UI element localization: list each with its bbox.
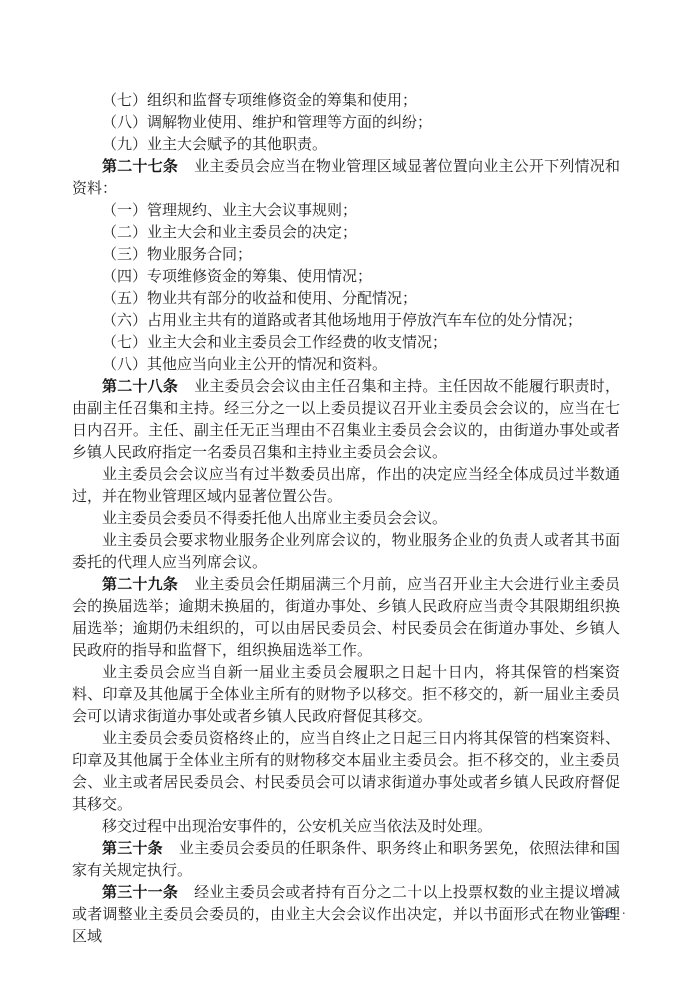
paragraph-text: 业主委员会委员资格终止的，应当自终止之日起三日内将其保管的档案资料、印章及其他属… — [72, 731, 620, 813]
paragraph-text: （六）占用业主共有的道路或者其他场地用于停放汽车车位的处分情况； — [102, 313, 582, 329]
paragraph-text: （八）调解物业使用、维护和管理等方面的纠纷； — [102, 115, 432, 131]
article-paragraph: 第二十七条业主委员会应当在物业管理区域显著位置向业主公开下列情况和资料： — [72, 156, 620, 200]
body-paragraph: 业主委员会要求物业服务企业列席会议的，物业服务企业的负责人或者其书面委托的代理人… — [72, 530, 620, 574]
paragraph-text: 业主委员会要求物业服务企业列席会议的，物业服务企业的负责人或者其书面委托的代理人… — [72, 533, 620, 571]
article-number: 第二十八条 — [102, 378, 178, 395]
paragraph-text: （一）管理规约、业主大会议事规则； — [102, 203, 357, 219]
paragraph-text: （七）组织和监督专项维修资金的筹集和使用； — [102, 93, 417, 109]
clause-item: （四）专项维修资金的筹集、使用情况； — [72, 266, 620, 288]
clause-item: （八）调解物业使用、维护和管理等方面的纠纷； — [72, 112, 620, 134]
body-paragraph: 业主委员会委员不得委托他人出席业主委员会会议。 — [72, 508, 620, 530]
article-paragraph: 第三十一条经业主委员会或者持有百分之二十以上投票权数的业主提议增减或者调整业主委… — [72, 882, 620, 948]
article-paragraph: 第二十八条业主委员会会议由主任召集和主持。主任因故不能履行职责时，由副主任召集和… — [72, 376, 620, 464]
article-paragraph: 第二十九条业主委员会任期届满三个月前，应当召开业主大会进行业主委员会的换届选举；… — [72, 574, 620, 662]
article-number: 第二十七条 — [102, 158, 178, 175]
paragraph-text: 业主委员会委员不得委托他人出席业主委员会会议。 — [102, 511, 447, 527]
clause-item: （九）业主大会赋予的其他职责。 — [72, 134, 620, 156]
body-paragraph: 移交过程中出现治安事件的，公安机关应当依法及时处理。 — [72, 816, 620, 838]
body-paragraph: 业主委员会会议应当有过半数委员出席，作出的决定应当经全体成员过半数通过，并在物业… — [72, 464, 620, 508]
body-paragraph: 业主委员会应当自新一届业主委员会履职之日起十日内，将其保管的档案资料、印章及其他… — [72, 662, 620, 728]
paragraph-text: （二）业主大会和业主委员会的决定； — [102, 225, 357, 241]
paragraph-text: （四）专项维修资金的筹集、使用情况； — [102, 269, 372, 285]
body-paragraph: 业主委员会委员资格终止的，应当自终止之日起三日内将其保管的档案资料、印章及其他属… — [72, 728, 620, 816]
paragraph-text: （八）其他应当向业主公开的情况和资料。 — [102, 357, 387, 373]
clause-item: （六）占用业主共有的道路或者其他场地用于停放汽车车位的处分情况； — [72, 310, 620, 332]
clause-item: （五）物业共有部分的收益和使用、分配情况； — [72, 288, 620, 310]
clause-item: （七）业主大会和业主委员会工作经费的收支情况； — [72, 332, 620, 354]
clause-item: （二）业主大会和业主委员会的决定； — [72, 222, 620, 244]
paragraph-text: （七）业主大会和业主委员会工作经费的收支情况； — [102, 335, 447, 351]
paragraph-text: 业主委员会会议应当有过半数委员出席，作出的决定应当经全体成员过半数通过，并在物业… — [72, 467, 620, 505]
paragraph-text: （九）业主大会赋予的其他职责。 — [102, 137, 327, 153]
article-number: 第三十一条 — [102, 884, 178, 901]
clause-item: （七）组织和监督专项维修资金的筹集和使用； — [72, 90, 620, 112]
paragraph-text: （五）物业共有部分的收益和使用、分配情况； — [102, 291, 417, 307]
article-number: 第二十九条 — [102, 576, 178, 593]
clause-item: （三）物业服务合同； — [72, 244, 620, 266]
document-body: （七）组织和监督专项维修资金的筹集和使用； （八）调解物业使用、维护和管理等方面… — [72, 90, 620, 948]
paragraph-text: 移交过程中出现治安事件的，公安机关应当依法及时处理。 — [102, 819, 492, 835]
article-paragraph: 第三十条业主委员会委员的任职条件、职务终止和职务罢免，依照法律和国家有关规定执行… — [72, 838, 620, 882]
document-page: （七）组织和监督专项维修资金的筹集和使用； （八）调解物业使用、维护和管理等方面… — [0, 0, 699, 982]
clause-item: （八）其他应当向业主公开的情况和资料。 — [72, 354, 620, 376]
article-number: 第三十条 — [102, 840, 163, 857]
paragraph-text: （三）物业服务合同； — [102, 247, 252, 263]
page-number: · 145 · — [584, 906, 627, 922]
paragraph-text: 业主委员会应当自新一届业主委员会履职之日起十日内，将其保管的档案资料、印章及其他… — [72, 665, 620, 725]
clause-item: （一）管理规约、业主大会议事规则； — [72, 200, 620, 222]
